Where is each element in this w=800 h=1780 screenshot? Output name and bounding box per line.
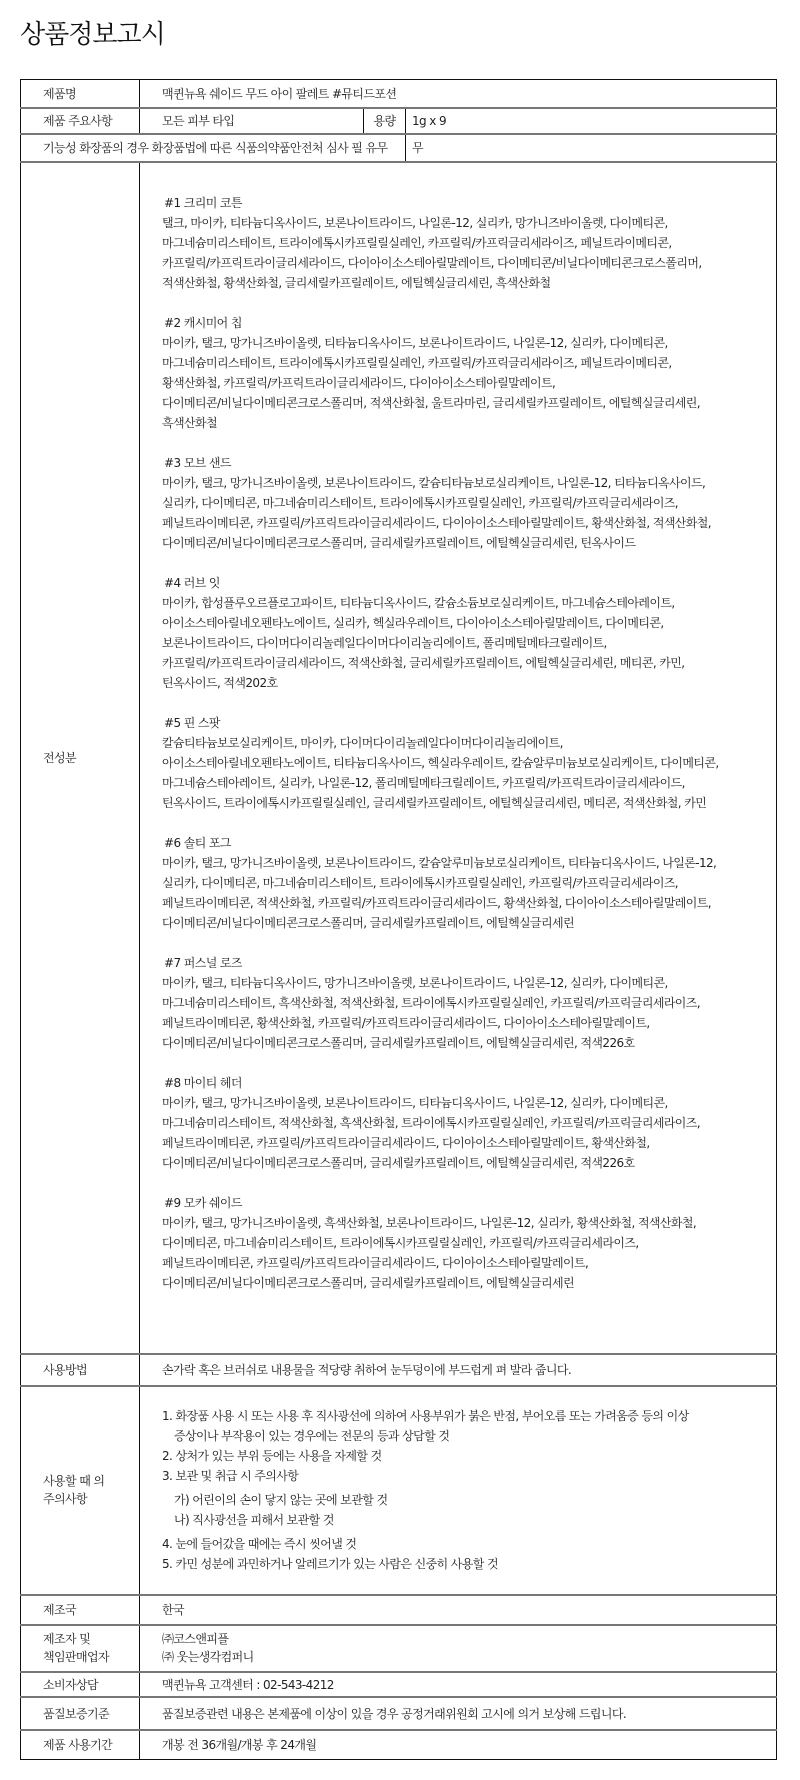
cautions-label-line2: 주의사항 (43, 1490, 139, 1508)
functional-cosmetic-label: 기능성 화장품의 경우 화장품법에 따른 식품의약품안전처 심사 필 유무 (21, 134, 406, 162)
product-name-value: 맥퀸뉴욕 쉐이드 무드 아이 팔레트 #뮤티드포션 (140, 80, 777, 108)
shade-ingredients: #2 캐시미어 칩마이카, 탤크, 망가니즈바이올렛, 티타늄디옥사이드, 보론… (162, 313, 776, 433)
shade-ingredient-line: 페닐트라이메티콘, 카프릴릭/카프릭트라이글리세라이드, 다이아이소스테아릴말레… (162, 1133, 776, 1153)
shade-ingredient-line: 다이메티콘/비닐다이메티콘크로스폴리머, 글리세릴카프릴레이트, 에틸헥실글리세… (162, 913, 776, 933)
country-value: 한국 (140, 1595, 777, 1625)
quality-assurance-value: 품질보증관련 내용은 본제품에 이상이 있을 경우 공정거래위원회 고시에 의거… (140, 1697, 777, 1730)
row-cautions: 사용할 때 의 주의사항 1. 화장품 사용 시 또는 사용 후 직사광선에 의… (21, 1386, 777, 1595)
shade-ingredient-line: 황색산화철, 카프릴릭/카프릭트라이글리세라이드, 다이아이소스테아릴말레이트, (162, 373, 776, 393)
shade-ingredient-line: 마그네슘미리스테이트, 흑색산화철, 적색산화철, 트라이에톡시카프릴릴실레인,… (162, 993, 776, 1013)
usage-value: 손가락 혹은 브러쉬로 내용물을 적당량 취하여 눈두덩이에 부드럽게 펴 발라… (140, 1354, 777, 1386)
manufacturer-name: ㈜코스앤피플 (162, 1630, 776, 1648)
shade-title: #5 핀 스팟 (162, 713, 776, 733)
shade-title: #8 마이티 헤더 (162, 1073, 776, 1093)
shade-ingredient-line: 마이카, 합성플루오르플로고파이트, 티타늄디옥사이드, 칼슘소듐보로실리케이트… (162, 593, 776, 613)
product-name-label: 제품명 (21, 80, 140, 108)
shade-ingredient-line: 카프릴릭/카프릭트라이글리세라이드, 적색산화철, 글리세릴카프릴레이트, 에틸… (162, 653, 776, 673)
shade-title: #4 러브 잇 (162, 573, 776, 593)
shade-title: #1 크리미 코튼 (162, 193, 776, 213)
consumer-service-label: 소비자상담 (21, 1672, 140, 1697)
shade-ingredient-line: 틴옥사이드, 트라이에톡시카프릴릴실레인, 글리세릴카프릴레이트, 에틸헥실글리… (162, 793, 776, 813)
row-consumer-service: 소비자상담 맥퀸뉴욕 고객센터 : 02-543-4212 (21, 1672, 777, 1697)
shade-ingredients: #4 러브 잇마이카, 합성플루오르플로고파이트, 티타늄디옥사이드, 칼슘소듐… (162, 573, 776, 693)
seller-name: ㈜ 웃는생각컴퍼니 (162, 1648, 776, 1666)
shade-ingredient-line: 마이카, 탤크, 망가니즈바이올렛, 티타늄디옥사이드, 보론나이트라이드, 나… (162, 333, 776, 353)
shade-ingredient-line: 아이소스테아릴네오펜타노에이트, 티타늄디옥사이드, 헥실라우레이트, 칼슘알루… (162, 753, 776, 773)
shade-ingredient-line: 보론나이트라이드, 다이머다이리놀레일다이머다이리놀리에이트, 폴리메틸메타크릴… (162, 633, 776, 653)
shade-list: #1 크리미 코튼탤크, 마이카, 티타늄디옥사이드, 보론나이트라이드, 나일… (162, 193, 776, 1293)
usage-period-value: 개봉 전 36개월/개봉 후 24개월 (140, 1730, 777, 1760)
capacity-label: 용량 (364, 108, 406, 134)
row-usage: 사용방법 손가락 혹은 브러쉬로 내용물을 적당량 취하여 눈두덩이에 부드럽게… (21, 1354, 777, 1386)
functional-cosmetic-value: 무 (406, 134, 777, 162)
ingredients-list: #1 크리미 코튼탤크, 마이카, 티타늄디옥사이드, 보론나이트라이드, 나일… (140, 162, 777, 1354)
shade-ingredient-line: 아이소스테아릴네오펜타노에이트, 실리카, 헥실라우레이트, 다이아이소스테아릴… (162, 613, 776, 633)
shade-ingredient-line: 실리카, 다이메티콘, 마그네슘미리스테이트, 트라이에톡시카프릴릴실레인, 카… (162, 873, 776, 893)
shade-ingredient-line: 마그네슘미리스테이트, 적색산화철, 흑색산화철, 트라이에톡시카프릴릴실레인,… (162, 1113, 776, 1133)
shade-ingredient-line: 마그네슘스테아레이트, 실리카, 나일론-12, 폴리메틸메타크릴레이트, 카프… (162, 773, 776, 793)
shade-ingredients: #1 크리미 코튼탤크, 마이카, 티타늄디옥사이드, 보론나이트라이드, 나일… (162, 193, 776, 293)
quality-assurance-label: 품질보증기준 (21, 1697, 140, 1730)
caution-item-5: 5. 카민 성분에 과민하거나 알레르기가 있는 사람은 신중히 사용할 것 (162, 1554, 776, 1574)
shade-ingredient-line: 마그네슘미리스테이트, 트라이에톡시카프릴릴실레인, 카프릴릭/카프릭글리세라이… (162, 353, 776, 373)
manufacturer-label: 제조자 및 책임판매업자 (21, 1625, 140, 1672)
shade-ingredient-line: 다이메티콘/비닐다이메티콘크로스폴리머, 글리세릴카프릴레이트, 에틸헥실글리세… (162, 1033, 776, 1053)
shade-ingredients: #8 마이티 헤더마이카, 탤크, 망가니즈바이올렛, 보론나이트라이드, 티타… (162, 1073, 776, 1173)
row-ingredients: 전성분 #1 크리미 코튼탤크, 마이카, 티타늄디옥사이드, 보론나이트라이드… (21, 162, 777, 1354)
shade-ingredients: #3 모브 샌드마이카, 탤크, 망가니즈바이올렛, 보론나이트라이드, 칼슘티… (162, 453, 776, 553)
shade-ingredient-line: 다이메티콘, 마그네슘미리스테이트, 트라이에톡시카프릴릴실레인, 카프릴릭/카… (162, 1233, 776, 1253)
shade-ingredient-line: 다이메티콘/비닐다이메티콘크로스폴리머, 글리세릴카프릴레이트, 에틸헥실글리세… (162, 1153, 776, 1173)
shade-ingredients: #6 솔티 포그마이카, 탤크, 망가니즈바이올렛, 보론나이트라이드, 칼슘알… (162, 833, 776, 933)
shade-title: #7 퍼스널 로즈 (162, 953, 776, 973)
caution-item-1: 1. 화장품 사용 시 또는 사용 후 직사광선에 의하여 사용부위가 붉은 반… (162, 1406, 776, 1426)
shade-ingredient-line: 마이카, 탤크, 망가니즈바이올렛, 보론나이트라이드, 티타늄디옥사이드, 나… (162, 1093, 776, 1113)
capacity-value: 1g x 9 (406, 108, 777, 134)
shade-ingredient-line: 페닐트라이메티콘, 카프릴릭/카프릭트라이글리세라이드, 다이아이소스테아릴말레… (162, 513, 776, 533)
shade-ingredient-line: 페닐트라이메티콘, 적색산화철, 카프릴릭/카프릭트라이글리세라이드, 황색산화… (162, 893, 776, 913)
shade-ingredients: #5 핀 스팟칼슘티타늄보로실리케이트, 마이카, 다이머다이리놀레일다이머다이… (162, 713, 776, 813)
shade-ingredients: #7 퍼스널 로즈마이카, 탤크, 티타늄디옥사이드, 망가니즈바이올렛, 보론… (162, 953, 776, 1053)
row-manufacturer: 제조자 및 책임판매업자 ㈜코스앤피플 ㈜ 웃는생각컴퍼니 (21, 1625, 777, 1672)
shade-ingredient-line: 실리카, 다이메티콘, 마그네슘미리스테이트, 트라이에톡시카프릴릴실레인, 카… (162, 493, 776, 513)
usage-period-label: 제품 사용기간 (21, 1730, 140, 1760)
row-country: 제조국 한국 (21, 1595, 777, 1625)
shade-ingredient-line: 마이카, 탤크, 망가니즈바이올렛, 흑색산화철, 보론나이트라이드, 나일론-… (162, 1213, 776, 1233)
ingredients-label: 전성분 (21, 162, 140, 1354)
caution-item-4: 4. 눈에 들어갔을 때에는 즉시 씻어낼 것 (162, 1534, 776, 1554)
manufacturer-label-line2: 책임판매업자 (43, 1648, 139, 1666)
shade-ingredients: #9 모카 쉐이드마이카, 탤크, 망가니즈바이올렛, 흑색산화철, 보론나이트… (162, 1193, 776, 1293)
shade-title: #6 솔티 포그 (162, 833, 776, 853)
shade-ingredient-line: 페닐트라이메티콘, 황색산화철, 카프릴릭/카프릭트라이글리세라이드, 다이아이… (162, 1013, 776, 1033)
caution-item-3: 3. 보관 및 취급 시 주의사항 (162, 1466, 776, 1486)
caution-item-3a: 가) 어린이의 손이 닿지 않는 곳에 보관할 것 (174, 1490, 776, 1510)
shade-ingredient-line: 틴옥사이드, 적색202호 (162, 673, 776, 693)
shade-ingredient-line: 다이메티콘/비닐다이메티콘크로스폴리머, 글리세릴카프릴레이트, 에틸헥실글리세… (162, 533, 776, 553)
main-info-value: 모든 피부 타입 (140, 108, 364, 134)
manufacturer-label-line1: 제조자 및 (43, 1630, 139, 1648)
consumer-service-value: 맥퀸뉴욕 고객센터 : 02-543-4212 (140, 1672, 777, 1697)
cautions-value: 1. 화장품 사용 시 또는 사용 후 직사광선에 의하여 사용부위가 붉은 반… (140, 1386, 777, 1595)
caution-item-3b: 나) 직사광선을 피해서 보관할 것 (174, 1510, 776, 1530)
shade-ingredient-line: 페닐트라이메티콘, 카프릴릭/카프릭트라이글리세라이드, 다이아이소스테아릴말레… (162, 1253, 776, 1273)
shade-ingredient-line: 칼슘티타늄보로실리케이트, 마이카, 다이머다이리놀레일다이머다이리놀리에이트, (162, 733, 776, 753)
shade-ingredient-line: 적색산화철, 황색산화철, 글리세릴카프릴레이트, 에틸헥실글리세린, 흑색산화… (162, 273, 776, 293)
shade-title: #9 모카 쉐이드 (162, 1193, 776, 1213)
main-info-label: 제품 주요사항 (21, 108, 140, 134)
shade-ingredient-line: 다이메티콘/비닐다이메티콘크로스폴리머, 적색산화철, 울트라마린, 글리세릴카… (162, 393, 776, 413)
cautions-list: 1. 화장품 사용 시 또는 사용 후 직사광선에 의하여 사용부위가 붉은 반… (162, 1406, 776, 1574)
page-title: 상품정보고시 (20, 14, 165, 51)
shade-title: #3 모브 샌드 (162, 453, 776, 473)
shade-ingredient-line: 흑색산화철 (162, 413, 776, 433)
caution-item-2: 2. 상처가 있는 부위 등에는 사용을 자제할 것 (162, 1446, 776, 1466)
shade-ingredient-line: 탤크, 마이카, 티타늄디옥사이드, 보론나이트라이드, 나일론-12, 실리카… (162, 213, 776, 233)
shade-ingredient-line: 마이카, 탤크, 티타늄디옥사이드, 망가니즈바이올렛, 보론나이트라이드, 나… (162, 973, 776, 993)
usage-label: 사용방법 (21, 1354, 140, 1386)
row-product-name: 제품명 맥퀸뉴욕 쉐이드 무드 아이 팔레트 #뮤티드포션 (21, 80, 777, 108)
caution-item-1-cont: 증상이나 부작용이 있는 경우에는 전문의 등과 상담할 것 (162, 1426, 776, 1446)
country-label: 제조국 (21, 1595, 140, 1625)
shade-ingredient-line: 마이카, 탤크, 망가니즈바이올렛, 보론나이트라이드, 칼슘티타늄보로실리케이… (162, 473, 776, 493)
shade-title: #2 캐시미어 칩 (162, 313, 776, 333)
row-quality-assurance: 품질보증기준 품질보증관련 내용은 본제품에 이상이 있을 경우 공정거래위원회… (21, 1697, 777, 1730)
shade-ingredient-line: 마그네슘미리스테이트, 트라이에톡시카프릴릴실레인, 카프릴릭/카프릭글리세라이… (162, 233, 776, 253)
shade-ingredient-line: 다이메티콘/비닐다이메티콘크로스폴리머, 글리세릴카프릴레이트, 에틸헥실글리세… (162, 1273, 776, 1293)
row-main-info: 제품 주요사항 모든 피부 타입 용량 1g x 9 (21, 108, 777, 134)
row-functional-cosmetic: 기능성 화장품의 경우 화장품법에 따른 식품의약품안전처 심사 필 유무 무 (21, 134, 777, 162)
row-usage-period: 제품 사용기간 개봉 전 36개월/개봉 후 24개월 (21, 1730, 777, 1760)
shade-ingredient-line: 마이카, 탤크, 망가니즈바이올렛, 보론나이트라이드, 칼슘알루미늄보로실리케… (162, 853, 776, 873)
product-info-table: 제품명 맥퀸뉴욕 쉐이드 무드 아이 팔레트 #뮤티드포션 제품 주요사항 모든… (20, 79, 777, 1760)
shade-ingredient-line: 카프릴릭/카프릭트라이글리세라이드, 다이아이소스테아릴말레이트, 다이메티콘/… (162, 253, 776, 273)
cautions-label-line1: 사용할 때 의 (43, 1472, 139, 1490)
caution-item-3-sub: 가) 어린이의 손이 닿지 않는 곳에 보관할 것 나) 직사광선을 피해서 보… (162, 1490, 776, 1530)
cautions-label: 사용할 때 의 주의사항 (21, 1386, 140, 1595)
manufacturer-value: ㈜코스앤피플 ㈜ 웃는생각컴퍼니 (140, 1625, 777, 1672)
